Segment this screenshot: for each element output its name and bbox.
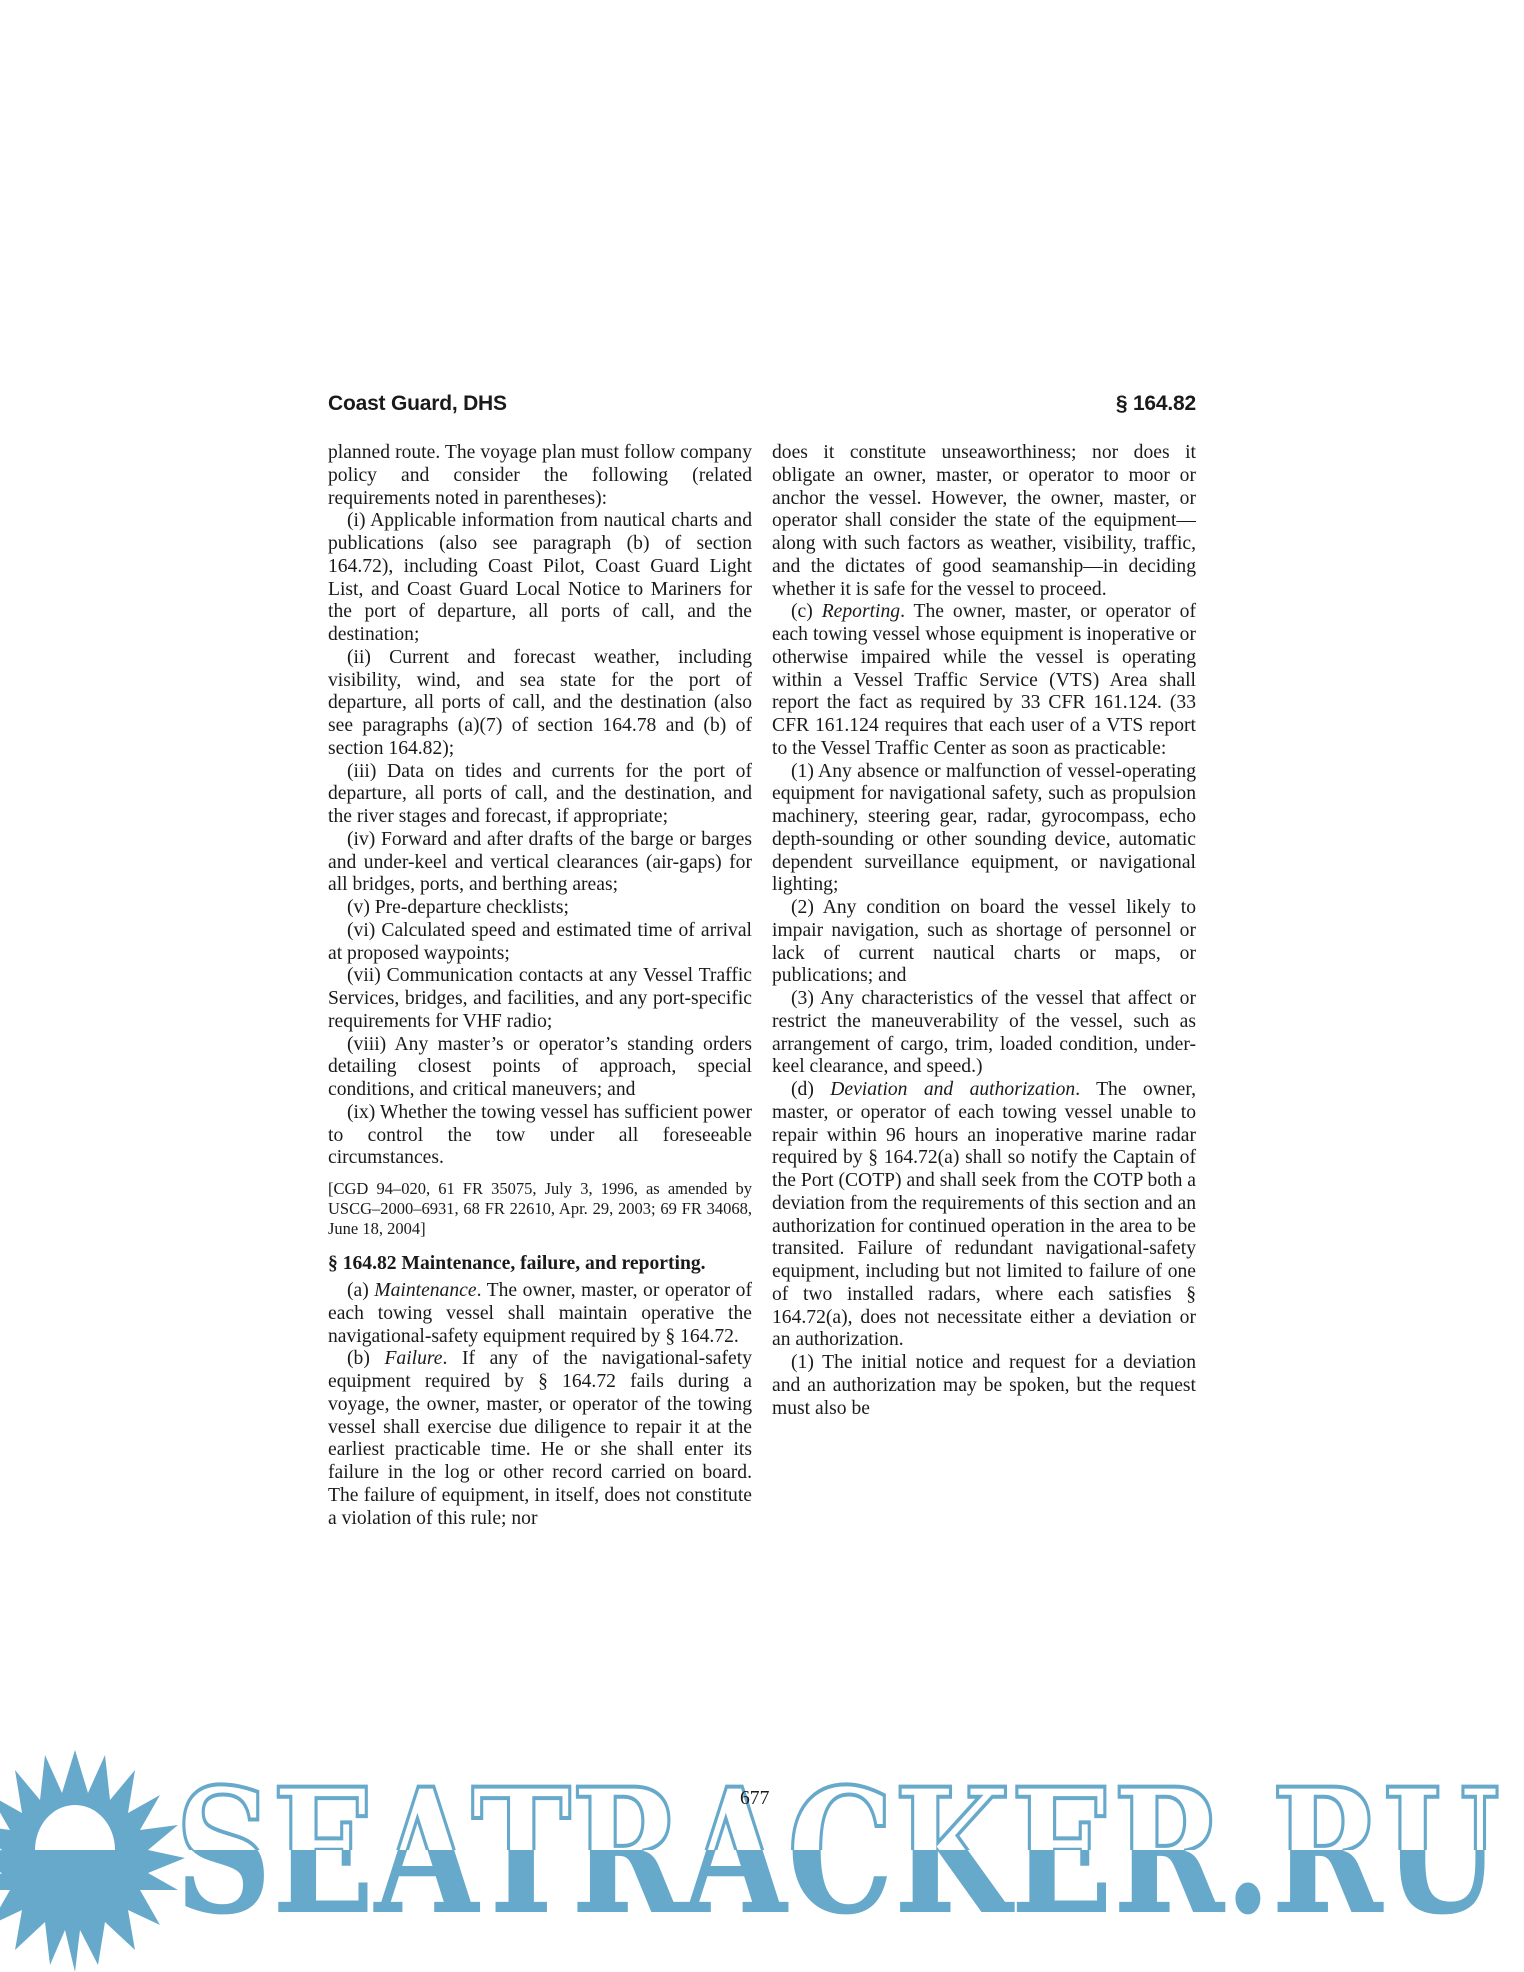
text-columns: planned route. The voyage plan must foll…	[328, 442, 1196, 1530]
section-marker: § 164.82	[1116, 392, 1196, 416]
list-item-2: (2) Any condition on board the vessel li…	[772, 897, 1196, 988]
paragraph-continuation: planned route. The voyage plan must foll…	[328, 442, 752, 510]
agency-title: Coast Guard, DHS	[328, 392, 507, 416]
svg-text:SEATRACKER.RU: SEATRACKER.RU	[175, 1750, 1500, 1953]
paragraph-continuation: does it constitute unseaworthiness; nor …	[772, 442, 1196, 601]
document-page: Coast Guard, DHS § 164.82 planned route.…	[328, 392, 1196, 1530]
paragraph-c-label: (c)	[791, 601, 813, 622]
paragraph-b: (b) Failure. If any of the navigational-…	[328, 1348, 752, 1530]
paragraph-b-text: . If any of the navigational-safety equi…	[328, 1348, 752, 1528]
running-head: Coast Guard, DHS § 164.82	[328, 392, 1196, 422]
list-item-v: (v) Pre-departure checklists;	[328, 897, 752, 920]
seatracker-watermark: SEATRACKER.RU SEATRACKER.RU	[0, 1750, 1524, 1972]
list-item-vii: (vii) Communication contacts at any Vess…	[328, 965, 752, 1033]
left-column: planned route. The voyage plan must foll…	[328, 442, 752, 1530]
paragraph-d-text: . The owner, master, or operator of each…	[772, 1079, 1196, 1350]
svg-text:SEATRACKER.RU: SEATRACKER.RU	[175, 1750, 1500, 1953]
list-item-vi: (vi) Calculated speed and estimated time…	[328, 920, 752, 966]
paragraph-d-title: Deviation and authorization	[830, 1079, 1075, 1100]
list-item-iv: (iv) Forward and after drafts of the bar…	[328, 829, 752, 897]
watermark-text: SEATRACKER.RU SEATRACKER.RU	[175, 1750, 1500, 1953]
paragraph-c-title: Reporting	[822, 601, 900, 622]
list-item-1: (1) Any absence or malfunction of vessel…	[772, 761, 1196, 898]
list-item-viii: (viii) Any master’s or operator’s standi…	[328, 1034, 752, 1102]
list-item-3: (3) Any characteristics of the vessel th…	[772, 988, 1196, 1079]
paragraph-d-label: (d)	[791, 1079, 814, 1100]
paragraph-b-label: (b)	[347, 1348, 370, 1369]
paragraph-c: (c) Reporting. The owner, master, or ope…	[772, 601, 1196, 760]
paragraph-a-title: Maintenance	[374, 1280, 476, 1301]
list-item-ii: (ii) Current and forecast weather, inclu…	[328, 647, 752, 761]
paragraph-b-title: Failure	[384, 1348, 442, 1369]
list-item-i: (i) Applicable information from nautical…	[328, 510, 752, 647]
paragraph-d-1: (1) The initial notice and request for a…	[772, 1352, 1196, 1420]
list-item-ix: (ix) Whether the towing vessel has suffi…	[328, 1102, 752, 1170]
section-heading: § 164.82 Maintenance, failure, and repor…	[328, 1253, 752, 1276]
sun-over-sea-icon	[0, 1750, 185, 1972]
list-item-iii: (iii) Data on tides and currents for the…	[328, 761, 752, 829]
page-number: 677	[740, 1788, 769, 1810]
source-note: [CGD 94–020, 61 FR 35075, July 3, 1996, …	[328, 1179, 752, 1238]
paragraph-c-text: . The owner, master, or operator of each…	[772, 601, 1196, 759]
right-column: does it constitute unseaworthiness; nor …	[772, 442, 1196, 1530]
paragraph-a-label: (a)	[347, 1280, 369, 1301]
paragraph-d: (d) Deviation and authorization. The own…	[772, 1079, 1196, 1352]
paragraph-a: (a) Maintenance. The owner, master, or o…	[328, 1280, 752, 1348]
